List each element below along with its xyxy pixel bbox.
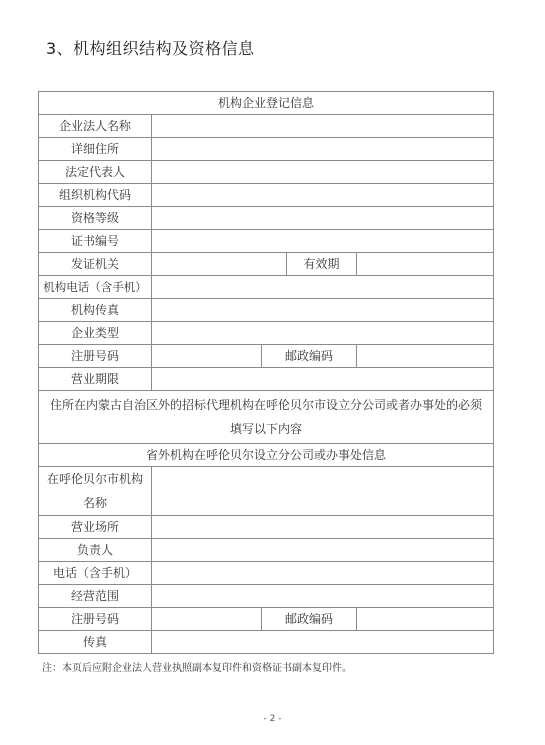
- notice-out-of-region: 住所在内蒙古自治区外的招标代理机构在呼伦贝尔市设立分公司或者办事处的必须填写以下…: [39, 391, 494, 444]
- field-qualification-grade[interactable]: [152, 207, 494, 230]
- label-legal-representative: 法定代表人: [39, 161, 152, 184]
- field-legal-entity-name[interactable]: [152, 115, 494, 138]
- field-organization-code[interactable]: [152, 184, 494, 207]
- label-enterprise-type: 企业类型: [39, 322, 152, 345]
- label-branch-name: 在呼伦贝尔市机构名称: [39, 467, 152, 516]
- field-postal-code[interactable]: [357, 345, 494, 368]
- label-branch-phone: 电话（含手机）: [39, 562, 152, 585]
- label-postal-code: 邮政编码: [262, 345, 357, 368]
- label-person-in-charge: 负责人: [39, 539, 152, 562]
- field-person-in-charge[interactable]: [152, 539, 494, 562]
- field-validity-period[interactable]: [357, 253, 494, 276]
- label-legal-entity-name: 企业法人名称: [39, 115, 152, 138]
- label-branch-postal-code: 邮政编码: [262, 608, 357, 631]
- label-org-phone: 机构电话（含手机）: [39, 276, 152, 299]
- registration-form-table: 机构企业登记信息 企业法人名称 详细住所 法定代表人 组织机构代码 资格等级 证…: [38, 91, 494, 654]
- field-branch-postal-code[interactable]: [357, 608, 494, 631]
- label-branch-fax: 传真: [39, 631, 152, 654]
- label-qualification-grade: 资格等级: [39, 207, 152, 230]
- label-business-scope: 经营范围: [39, 585, 152, 608]
- label-org-fax: 机构传真: [39, 299, 152, 322]
- label-branch-registration-number: 注册号码: [39, 608, 152, 631]
- label-business-term: 营业期限: [39, 368, 152, 391]
- page-heading: 3、机构组织结构及资格信息: [46, 36, 255, 59]
- page-number: - 2 -: [0, 714, 545, 724]
- label-business-premises: 营业场所: [39, 516, 152, 539]
- label-certificate-number: 证书编号: [39, 230, 152, 253]
- field-enterprise-type[interactable]: [152, 322, 494, 345]
- footnote: 注：本页后应附企业法人营业执照副本复印件和资格证书副本复印件。: [42, 659, 352, 674]
- field-detailed-address[interactable]: [152, 138, 494, 161]
- label-organization-code: 组织机构代码: [39, 184, 152, 207]
- label-registration-number: 注册号码: [39, 345, 152, 368]
- field-org-phone[interactable]: [152, 276, 494, 299]
- field-issuing-authority[interactable]: [152, 253, 287, 276]
- field-branch-registration-number[interactable]: [152, 608, 262, 631]
- field-business-term[interactable]: [152, 368, 494, 391]
- field-legal-representative[interactable]: [152, 161, 494, 184]
- field-branch-name[interactable]: [152, 467, 494, 516]
- field-branch-phone[interactable]: [152, 562, 494, 585]
- field-business-scope[interactable]: [152, 585, 494, 608]
- label-validity-period: 有效期: [287, 253, 357, 276]
- field-certificate-number[interactable]: [152, 230, 494, 253]
- field-registration-number[interactable]: [152, 345, 262, 368]
- section-title-registration: 机构企业登记信息: [39, 92, 494, 115]
- section-title-branch: 省外机构在呼伦贝尔设立分公司或办事处信息: [39, 444, 494, 467]
- label-detailed-address: 详细住所: [39, 138, 152, 161]
- field-business-premises[interactable]: [152, 516, 494, 539]
- field-org-fax[interactable]: [152, 299, 494, 322]
- label-issuing-authority: 发证机关: [39, 253, 152, 276]
- field-branch-fax[interactable]: [152, 631, 494, 654]
